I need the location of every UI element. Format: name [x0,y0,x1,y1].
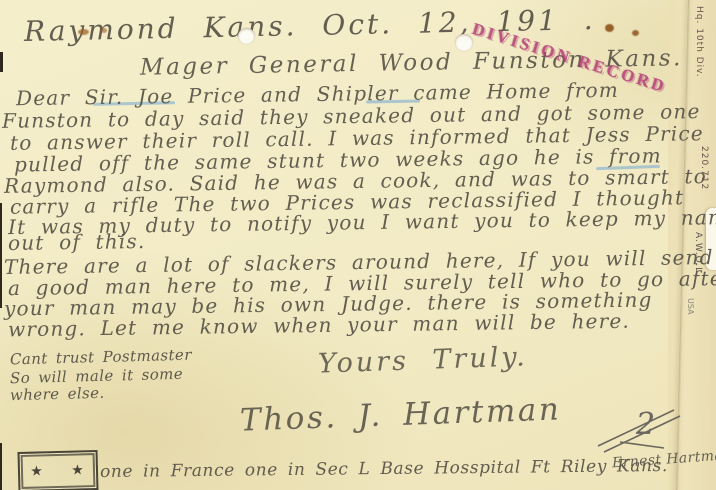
margin-annotation-awol: A.W.O.L. [693,232,703,277]
pencil-number: 2 [635,407,655,442]
body-line: out of this. [8,231,146,253]
margin-annotation-usa: USA [686,298,695,315]
margin-annotation-file-number: 220.712 [699,146,709,190]
pencil-mark-2: 2 [590,398,682,456]
closing: Yours Truly. [318,343,528,377]
margin-annotation-division: Hq. 10th Div. [694,6,704,78]
signature: Thos. J. Hartman [240,394,562,436]
scan-edge-notch [0,52,3,72]
service-star-icon: ★ ★ [20,462,96,480]
scan-edge-notch [0,443,2,490]
letter-scan: Raymond Kans. Oct. 12, 191 . Mager Gener… [0,0,716,490]
footer-note: one in France one in Sec L Base Hosspita… [100,458,668,481]
foxing-spot [78,29,89,35]
punch-hole [238,28,255,44]
foxing-spot [605,24,614,32]
foxing-spot [101,28,107,33]
punch-hole [455,34,473,51]
service-flag-drawing: ★ ★ [17,450,98,490]
foxing-spot [632,30,639,36]
side-note-line: where else. [10,386,105,403]
scan-edge-notch [0,203,2,308]
